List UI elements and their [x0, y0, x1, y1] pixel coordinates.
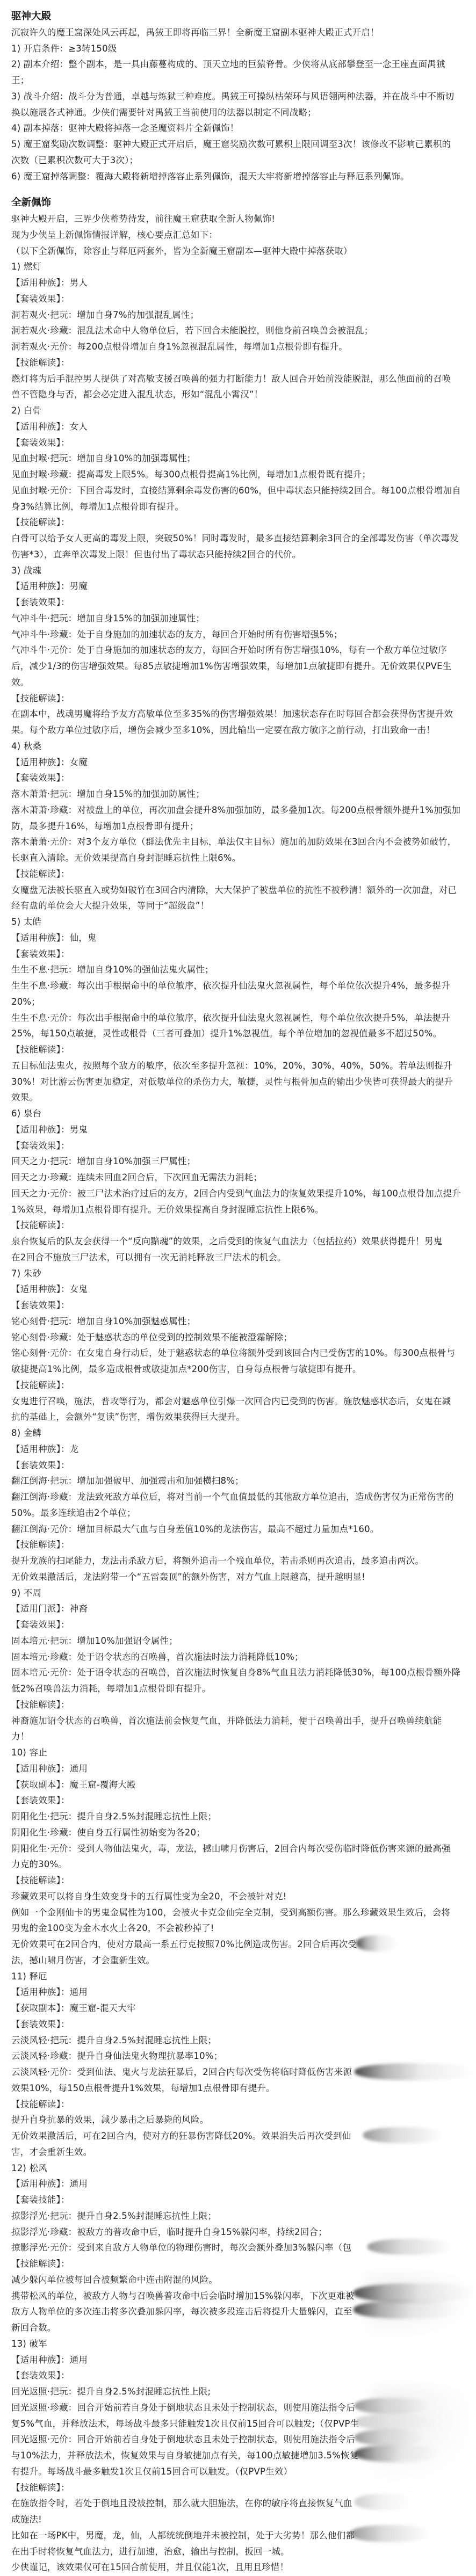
text-line: 力克的30%。 [11, 1856, 465, 1873]
text-line: 【套装效果】： [11, 1617, 465, 1633]
text-line: 回光返照·珍藏：回合开始前若自身处于倒地状态且未处于控制状态，则使用施法指令后 [11, 2400, 465, 2416]
text-line: 【技能解读】： [11, 355, 465, 371]
text-line: 效。 [11, 674, 465, 691]
text-line: 【套装效果】： [11, 1793, 465, 1809]
text-line: 洞若观火·珍藏：混乱法术命中人物单位后，若下回合未能脱控，则他身前召唤兽会被混乱… [11, 323, 465, 339]
text-line: 【适用种族】：女鬼 [11, 1281, 465, 1297]
text-line: 3) 战斗介绍：战斗分为普通，卓越与炼狱三种难度。禺狨王可操纵枯荣环与风语翎两种… [11, 89, 465, 105]
text-line: 【套装效果】： [11, 435, 465, 451]
text-line: 固本培元·把玩：增加10%加强诏令属性； [11, 1633, 465, 1649]
text-line: 回天之力·把玩：增加自身10%加强三尸属性； [11, 1153, 465, 1170]
text-line: 与10%法力，并释放法术，恢复效果与自身敏捷加点有关，每100点敏捷增加3.5%… [11, 2448, 465, 2464]
text-line: 翻江倒海·无价：增加目标最大气血与自身差值10%的龙法伤害，最高不超过力量加点*… [11, 1521, 465, 1537]
text-line: 1) 开启条件：≥3转150级 [11, 41, 465, 57]
text-line: 减少躲闪单位被每回合被频繁命中连击附混的风险。 [11, 2272, 465, 2288]
text-line: 气冲斗牛·珍藏：处于自身施加的加速状态的友方，每回合开始时所有伤害增强5%； [11, 627, 465, 643]
text-line: 阴阳化生·珍藏：使自身五行属性初始变为各20； [11, 1825, 465, 1841]
text-line: 8) 金鳞 [11, 1425, 465, 1441]
text-line: 见血封喉·无价：下回合毒发时，直接结算剩余毒发伤害的60%，但中毒状态只能持续2… [11, 483, 465, 499]
text-line: 【套装效果】： [11, 2368, 465, 2384]
text-line: 6) 魔王窟掉落调整：覆海大殿将新增掉落容止系列佩饰，混天大牢将新增掉落容止与释… [11, 169, 465, 185]
text-line: 提升自身抗暴的效果，减少暴击之后暴毙的风险。 [11, 2112, 465, 2128]
text-line: 提升龙族的扫尾能力，龙法击杀敌方后，将额外追击一个残血单位，若击杀则再次追击，最… [11, 1553, 465, 1569]
document-body: 驱神大殿沉寂许久的魔王窟深处风云再起，禺狨王即将再临三界！全新魔王窟副本驱神大殿… [0, 0, 476, 2575]
text-line: 无价效果激活后，可在2回合内，使对方的狂暴伤害降低20%。效果消失后再次受到仙 [11, 2128, 465, 2144]
text-line: 固本培元·珍藏：处于诏令状态的召唤兽，首次施法时法力消耗降低10%； [11, 1649, 465, 1665]
text-line: 落木萧萧·无价：对3个友方单位（群法优先主目标，单法仅主目标）施加的加防效果在3… [11, 834, 465, 850]
text-line: 【适用种族】：女人 [11, 419, 465, 435]
text-line: 云淡风轻·珍藏：提升自身仙法鬼火物理抗暴率10%； [11, 2048, 465, 2064]
text-line: 有提升。每场战斗最多触发1次且仅前15回合可以触发。（仅PVP生效） [11, 2464, 465, 2480]
text-line: 【技能解读】： [11, 1873, 465, 1889]
text-line: 女鬼进行召唤，施法，普攻等行为，都会对魅惑单位引爆一次回合内已受到的伤害。施放魅… [11, 1394, 465, 1410]
text-line: 10) 容止 [11, 1745, 465, 1761]
text-line: 阴阳化生·无价：受到人物仙法鬼火，毒，龙法，撼山啸月伤害后，2回合内每次受伤临时… [11, 1841, 465, 1857]
text-line: 在副本中，战魂男魔将给予友方高敏单位至多35%的伤害增强效果！加速状态存在时每回… [11, 706, 465, 722]
section-heading: 全新佩饰 [11, 195, 465, 211]
text-line: 【技能解读】： [11, 1697, 465, 1713]
text-line: 【适用种族】：通用 [11, 1984, 465, 2000]
text-line: 无价效果可在2回合内，使对方最高一系五行克按照70%比例造成伤害。2回合后再次受 [11, 1936, 465, 1953]
text-line: 【技能解读】： [11, 2096, 465, 2113]
text-line: 2) 副本介绍：整个副本，是一具由藤蔓构成的、顶天立地的巨猿脊骨。少侠将从底部攀… [11, 56, 465, 72]
text-line: 【技能解读】： [11, 691, 465, 707]
text-line: 洞若观火·无价：每200点根骨增加自身1%忽视混乱属性，每增加1点根骨即有提升。 [11, 339, 465, 355]
text-line: 敏捷提高1%比例，最多造成根骨或敏捷加点*200伤害，自身每点根骨与敏捷即有提升… [11, 1361, 465, 1377]
text-line: 沉寂许久的魔王窟深处风云再起，禺狨王即将再临三界！全新魔王窟副本驱神大殿正式开启… [11, 25, 465, 41]
text-line: 无价效果激活后，龙法附带一个“五雷轰顶”的额外伤害，对方气血上限越高，提升越明显… [11, 1569, 465, 1585]
text-line: 4) 秋桑 [11, 738, 465, 754]
text-line: 生生不息·珍藏：每次出手根据命中的单位敏序，依次提升仙法鬼火忽视属性，每个单位依… [11, 978, 465, 994]
text-line: 【适用种族】：男魔 [11, 578, 465, 594]
text-line: 男鬼的金100变为金木水火土各20，不会被秒掉了! [11, 1920, 465, 1936]
text-line: 力！ [11, 1729, 465, 1745]
text-line: 【适用种族】：通用 [11, 1761, 465, 1777]
text-line: 【套装效果】： [11, 770, 465, 786]
text-line: 2) 白骨 [11, 403, 465, 419]
text-line: 王； [11, 72, 465, 89]
text-line: 落木萧萧·把玩：增加自身15%的加强加防属性； [11, 786, 465, 802]
text-line: 【技能解读】： [11, 1537, 465, 1553]
text-line: 【适用种族】：女魔 [11, 754, 465, 771]
text-line: （以下全新佩饰，除容止与释厄两套外，皆为全新魔王窟副本—驱神大殿中掉落获取） [11, 243, 465, 259]
text-line: 生生不息·把玩：增加自身10%的强仙法鬼火属性； [11, 962, 465, 978]
text-line: 回光返照·无价：回合开始前若自身处于倒地状态且未处于控制状态，则使用施法指令后 [11, 2432, 465, 2448]
text-line: 50%。最多连续追击2个单位； [11, 1505, 465, 1521]
text-line: 见血封喉·把玩：增加自身10%的加强毒属性； [11, 451, 465, 467]
text-line: 【适用种族】：通用 [11, 2352, 465, 2368]
text-line: 铭心刻骨·把玩：增加自身10%加强魅惑属性； [11, 1314, 465, 1330]
text-line: 【获取副本】：魔王窟-覆海大殿 [11, 1777, 465, 1793]
text-line: 驱神大殿开启，三界少侠蓄势待发，前往魔王窟获取全新人物佩饰! [11, 211, 465, 227]
text-line: 【套装效果】： [11, 1297, 465, 1314]
text-line: 4) 副本掉落：驱神大殿将掉落一念圣魔资料片全新佩饰！ [11, 120, 465, 136]
text-line: 【适用种族】：男人 [11, 275, 465, 291]
text-line: 云淡风轻·无价：受到仙法、鬼火与龙法狂暴后，2回合内每次受伤将临时降低伤害来源 [11, 2064, 465, 2080]
text-line: 换以施展各式神通。少侠们需要针对禺狨王当前使用的法器以制定不同战略； [11, 105, 465, 121]
text-line: 气冲斗牛·把玩：增加自身15%的加强加速属性； [11, 611, 465, 627]
text-line: 次数（已累积次数可大于3次）； [11, 153, 465, 169]
text-line: 【适用种族】：龙 [11, 1441, 465, 1457]
text-line: 珍藏效果可以将自身生效变身卡的五行属性变为全20，不会被针对克! [11, 1889, 465, 1905]
text-line: 【获取副本】：魔王窟-混天大牢 [11, 2000, 465, 2016]
text-line: 成施法! [11, 2512, 465, 2528]
text-line: 掠影浮光·珍藏：被敌方的普攻命中后，临时提升自身15%躲闪率，持续2回合； [11, 2224, 465, 2240]
text-line: 1) 燃灯 [11, 259, 465, 275]
text-line: 女魔盘无法被长驱直入或势如破竹在3回合内清除，大大保护了被盘单位的抗性不被秒清！… [11, 882, 465, 898]
section-heading: 驱神大殿 [11, 9, 465, 25]
text-line: 掠影浮光·无价：受到来自敌方人物单位的物理伤害时，每次会额外叠加3%躲闪率（包 [11, 2240, 465, 2256]
text-line: 【套装效果】： [11, 291, 465, 307]
text-line: 回光返照·把玩：提升自身2.5%封混睡忘抗性上限; [11, 2384, 465, 2400]
text-line: 【技能解读】： [11, 2256, 465, 2272]
text-line: 后，减少1/3的伤害增强效果。每85点敏捷增加1%伤害增强效果，每增加1点敏捷即… [11, 658, 465, 674]
text-line: 【套装效果】： [11, 594, 465, 611]
text-line: 掠影浮光·把玩：提升自身2.5%封混睡忘抗性上限； [11, 2208, 465, 2224]
text-line: 11) 释厄 [11, 1969, 465, 1985]
text-line: 复5%气血，并释放法术，每场战斗最多只能触发1次且仅前15回合可以触发;（仅PV… [11, 2416, 465, 2432]
text-line: 泉台恢复后的队友会获得一个“反向黯魂”的效果，之后受到的恢复气血法力（包括拉药）… [11, 1233, 465, 1250]
text-line: 25%，每150点敏捷，灵性或根骨（三者可叠加）提升1%忽视值。每个单位增加的忽… [11, 1026, 465, 1042]
text-line: 少侠谨记，该效果仅可在15回合前使用，并且仅能1次，且用且珍惜！ [11, 2559, 465, 2575]
text-line: 例如一个金刚仙卡的男鬼金属性为100，会被火卡克金仙完全克制，受到高额伤害。那么… [11, 1905, 465, 1921]
text-line: 果。每个敌方单位过敏序后，增伤会减少至多10%，因此输出一定要在敌方敏序之前行动… [11, 722, 465, 738]
text-line: 洞若观火·把玩：增加自身7%的加强混乱属性； [11, 307, 465, 323]
text-line: 回天之力·无价：被三尸法术治疗过后的友方，2回合内受到气血法力的恢复效果提升10… [11, 1186, 465, 1202]
text-line: 20%； [11, 994, 465, 1010]
patch-notes-page: { "page": { "background": "#ffffff", "te… [0, 0, 476, 2576]
text-line: 五目标仙法鬼火，按照每个敌方的敏序，依次至多提升忽视：10%，20%，30%，4… [11, 1058, 465, 1074]
text-line: 身3%结算比例，每增加1点根骨即有提升。 [11, 499, 465, 515]
text-line: 30%！对比游云伤害更加稳定，对低敏单位的杀伤力大，敏捷，灵性与根骨加点的输出少… [11, 1074, 465, 1090]
text-line: 白骨可以给予女人更高的毒发上限，突破50%！同时毒发时，最多直接结算剩余3回合的… [11, 531, 465, 547]
text-line: 法，撼山啸月伤害，才会重新生效。 [11, 1953, 465, 1969]
text-line: 【技能解读】： [11, 1217, 465, 1233]
text-line: 铭心刻骨·珍藏：处于魅惑状态的单位受到的控制效果不能被澄霜解除； [11, 1330, 465, 1346]
text-line: 燃灯将为后手混控男人提供了对高敏支援召唤兽的强力打断能力！敌人回合开始前没能脱混… [11, 371, 465, 387]
text-line: 气冲斗牛·无价：处于自身施加的加速状态的友方，每回合开始时所有伤害增强10%，每… [11, 642, 465, 658]
text-line: 比如在一场PK中，男魔，龙，仙，人都统统倒地并未被控制，处于大劣势！那么他们都 [11, 2528, 465, 2544]
text-line: 效果。 [11, 1090, 465, 1106]
text-line: 长驱直入清除。无价效果提高自身封混睡忘抗性上限6%。 [11, 850, 465, 866]
text-line: 13) 破军 [11, 2336, 465, 2352]
text-line: 【适用种族】：通用 [11, 2176, 465, 2192]
text-line: 3) 战魂 [11, 563, 465, 579]
text-line: 在出手时将恢复气血法力，进行加速，治愈，输出与控制，扳回一城。 [11, 2544, 465, 2560]
text-line: 【技能解读】： [11, 1377, 465, 1394]
text-line: 【技能解读】： [11, 1042, 465, 1058]
text-line: 铭心刻骨·无价：在女鬼自身行动后，处于魅惑状态的单位将额外受到该回合内已受伤害的… [11, 1345, 465, 1361]
text-line: 【适用种族】：男鬼 [11, 1122, 465, 1138]
text-line: 经有盘的单位会大大提升效果，等同于“超级盘”！ [11, 898, 465, 914]
text-line: 低2%召唤兽法力消耗，每增加1点根骨即有提升。 [11, 1681, 465, 1697]
text-line: 【技能解读】： [11, 2480, 465, 2496]
text-line: 5) 太皓 [11, 914, 465, 930]
text-line: 翻江倒海·把玩：增加加强破甲、加强震击和加强横扫8%； [11, 1473, 465, 1489]
text-line: 【适用门派】：神裔 [11, 1601, 465, 1617]
text-line: 敌方人物单位的多次连击将多次叠加躲闪率，每次被多段连击后将提升大量躲闪，直至 [11, 2304, 465, 2320]
text-line: 兽不管隐身与否，都会必定进入混乱状态，形如“混乱小霄汉”！ [11, 387, 465, 403]
text-line: 【套装效果】： [11, 1138, 465, 1154]
text-line: 伤害*3），直奔单次毒发上限！但也付出了毒状态只能持续2回合的代价。 [11, 547, 465, 563]
text-line: 神裔施加诏令状态的召唤兽，首次施法前会恢复气血，并降低法力消耗，便于召唤兽出手，… [11, 1713, 465, 1729]
text-line: 防，最多提升16%，每增加1点根骨即有提升； [11, 818, 465, 835]
text-line: 生生不息·无价：每次出手根据命中的单位敏序，依次提升仙法鬼火忽视属性，每个单位依… [11, 1010, 465, 1026]
text-line: 9) 不周 [11, 1585, 465, 1601]
text-line: 【套装效果】： [11, 2016, 465, 2033]
text-line: 【套装效果】： [11, 1457, 465, 1474]
text-line: 【套装效果】： [11, 946, 465, 962]
text-line: 5) 魔王窟奖励次数调整：驱神大殿正式开启后，魔王窟奖励次数可累积上限回调至3次… [11, 136, 465, 153]
text-line: 抗的基础上，会额外“复读”伤害，增伤效果获得巨大提升。 [11, 1409, 465, 1425]
text-line: 见血封喉·珍藏：提高毒发上限5%。每300点根骨提高1%比例，每增加1点根骨既有… [11, 467, 465, 483]
text-line: 【技能解读】： [11, 866, 465, 882]
text-line: 6) 泉台 [11, 1106, 465, 1122]
text-line: 效果10%，每150点根骨提升1%效果，每增加1点根骨即有提升。 [11, 2080, 465, 2096]
text-line: 7) 朱砂 [11, 1266, 465, 1282]
text-line: 在2回合不施放三尸法术，可以拥有一次无消耗释放三尸法术的机会。 [11, 1250, 465, 1266]
text-line: 【技能解读】： [11, 514, 465, 531]
text-line: 12) 松风 [11, 2160, 465, 2176]
text-line: 携带松风的单位，被敌方人物与召唤兽普攻命中后会临时增加15%躲闪率，下次更难被 [11, 2288, 465, 2304]
text-line: 【适用种族】：仙，鬼 [11, 930, 465, 946]
text-line: 固本培元·无价：处于诏令状态的召唤兽，首次施法时恢复自身8%气血且法力消耗降低3… [11, 1665, 465, 1681]
text-line: 云淡风轻·把玩：提升自身2.5%封混睡忘抗性上限； [11, 2033, 465, 2049]
text-line: 回天之力·珍藏：连续未回血2回合后，下次回血无需法力消耗； [11, 1170, 465, 1186]
text-line: 新回合数。 [11, 2320, 465, 2336]
text-line: 落木萧萧·珍藏：对被盘上的单位，再次加盘会提升8%加强加防，最多叠加1次。每20… [11, 802, 465, 818]
text-line: 在施放指令时，若处于倒地且没被控制，那么就大胆施法，在你的敏序将直接恢复气血 [11, 2495, 465, 2512]
text-line: 阴阳化生·把玩：提升自身2.5%封混睡忘抗性上限； [11, 1809, 465, 1825]
text-line: 害，才会重新生效。 [11, 2144, 465, 2160]
text-line: 翻江倒海·珍藏：龙法致死敌方单位后，将对当前一个气血值最低的其他敌方单位追击，造… [11, 1489, 465, 1505]
text-line: 【套装技能】： [11, 2192, 465, 2208]
text-line: 1%效果，每增加1点根骨即有提升。无价效果提高自身封混睡忘抗性上限6%。 [11, 1202, 465, 1218]
text-line: 现为少侠呈上新佩饰情报详解，核心要点汇总如下： [11, 227, 465, 243]
